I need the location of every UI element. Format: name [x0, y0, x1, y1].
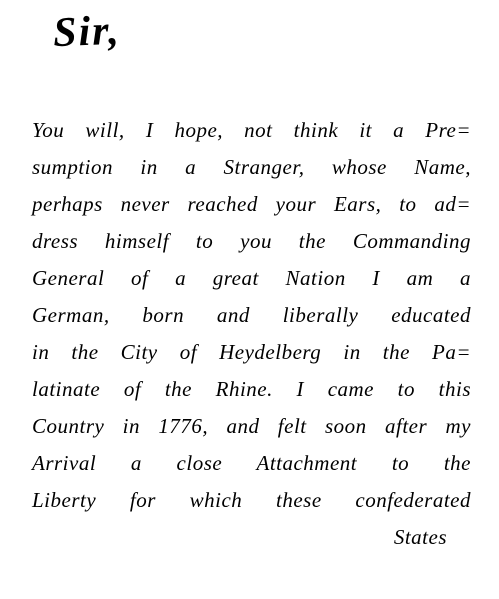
salutation: Sir,: [0, 0, 499, 56]
letter-line: perhaps never reached your Ears, to ad=: [0, 186, 499, 223]
letter-line: Liberty for which these confederated: [0, 482, 499, 519]
letter-line: German, born and liberally educated: [0, 297, 499, 334]
letter-line: General of a great Nation I am a: [0, 260, 499, 297]
letter-line: sumption in a Stranger, whose Name,: [0, 149, 499, 186]
letter-line: Country in 1776, and felt soon after my: [0, 408, 499, 445]
letter-body: You will, I hope, not think it a Pre= su…: [0, 112, 499, 556]
letter-line: You will, I hope, not think it a Pre=: [0, 112, 499, 149]
letter-line: dress himself to you the Commanding: [0, 223, 499, 260]
letter-line: Arrival a close Attachment to the: [0, 445, 499, 482]
letter-line: latinate of the Rhine. I came to this: [0, 371, 499, 408]
letter-page: Sir, You will, I hope, not think it a Pr…: [0, 0, 499, 599]
letter-line: in the City of Heydelberg in the Pa=: [0, 334, 499, 371]
catchword: States: [0, 519, 499, 556]
